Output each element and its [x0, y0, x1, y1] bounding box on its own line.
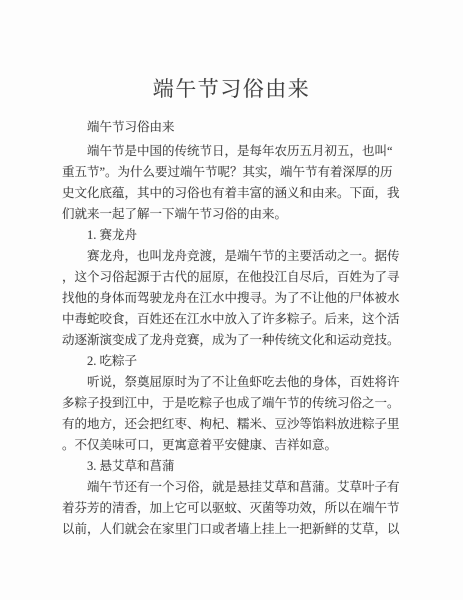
document-title: 端午节习俗由来 [0, 0, 463, 102]
document-page: 端午节习俗由来 端午节习俗由来 端午节是中国的传统节日，是每年农历五月初五，也叫… [0, 0, 463, 600]
section-3-heading: 3. 悬艾草和菖蒲 [62, 456, 408, 477]
intro-paragraph: 端午节是中国的传统节日，是每年农历五月初五，也叫“ 重五节”。为什么要过端午节呢… [62, 141, 408, 225]
document-body: 端午节习俗由来 端午节是中国的传统节日，是每年农历五月初五，也叫“ 重五节”。为… [62, 117, 408, 540]
section-2-paragraph: 听说，祭奠屈原时为了不让鱼虾吃去他的身体，百姓将许 多粽子投到江中，于是吃粽子也… [62, 372, 408, 456]
section-1-heading: 1. 赛龙舟 [62, 225, 408, 246]
section-1-paragraph: 赛龙舟，也叫龙舟竞渡，是端午节的主要活动之一。据传 ，这个习俗起源于古代的屈原，… [62, 246, 408, 351]
section-3-paragraph: 端午节还有一个习俗，就是悬挂艾草和菖蒲。艾草叶子有 着芬芳的清香，加上它可以驱蚊… [62, 477, 408, 540]
section-2-heading: 2. 吃粽子 [62, 351, 408, 372]
document-subtitle: 端午节习俗由来 [62, 117, 408, 138]
